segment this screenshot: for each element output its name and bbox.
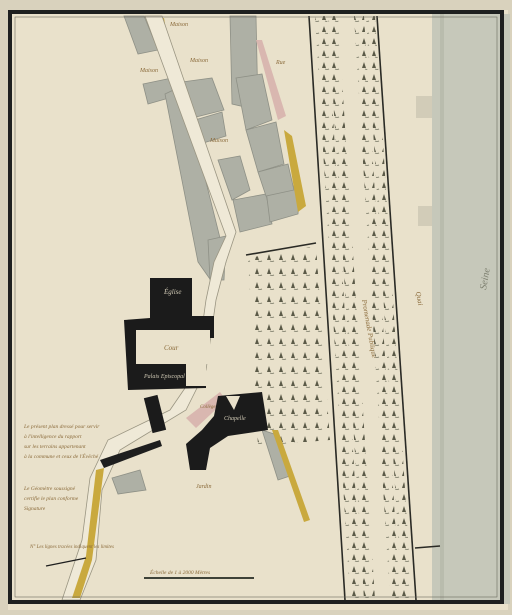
quay-step xyxy=(416,96,432,118)
svg-text:certifie le plan conforme: certifie le plan conforme xyxy=(24,495,79,502)
palace-label: Palais Episcopal xyxy=(143,374,185,380)
svg-text:Le Géomètre soussigné: Le Géomètre soussigné xyxy=(23,486,76,492)
scale-caption: Échelle de 1 à 2000 Mètres xyxy=(149,568,210,576)
church-label: Église xyxy=(163,288,182,296)
chapel-label: Chapelle xyxy=(224,416,246,422)
map-canvas: Église Cour Palais Episcopal Chapelle Ja… xyxy=(0,0,512,615)
svg-text:sur les terrains appartenant: sur les terrains appartenant xyxy=(24,444,86,450)
house-label-1: Maison xyxy=(169,22,188,28)
street-label: Rue xyxy=(275,60,286,66)
house-label-3: Maison xyxy=(189,58,208,64)
svg-text:à l'intelligence du rapport: à l'intelligence du rapport xyxy=(24,434,82,440)
house-label-2: Maison xyxy=(139,68,158,74)
garden-label: Jardin xyxy=(196,484,211,490)
house-label-4: Maison xyxy=(209,138,228,144)
map-sheet: Église Cour Palais Episcopal Chapelle Ja… xyxy=(0,0,512,615)
svg-text:à la commune et ceux de l'Évêc: à la commune et ceux de l'Évêché xyxy=(24,452,99,460)
court-label: Cour xyxy=(164,344,179,352)
quay-step xyxy=(418,206,432,226)
corner-note: N° Les lignes tracées indiquent les limi… xyxy=(29,545,114,550)
school-label: Collège xyxy=(200,405,216,410)
svg-text:Signature: Signature xyxy=(24,506,46,512)
svg-text:Le présent plan dressé pour se: Le présent plan dressé pour servir xyxy=(23,424,100,430)
